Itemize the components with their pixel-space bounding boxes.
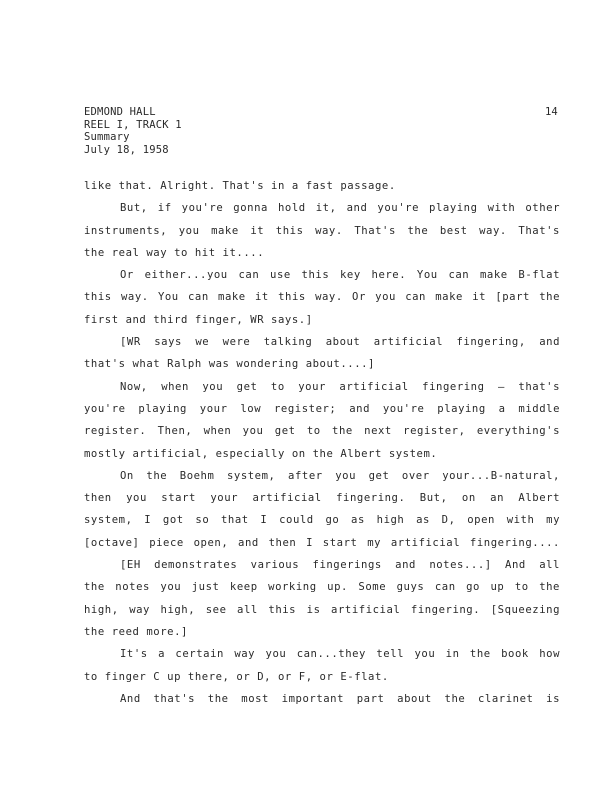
- interviewee-name: EDMOND HALL: [84, 106, 182, 119]
- transcript-line: [EH demonstrates various fingerings and …: [84, 554, 560, 576]
- transcript-line: [WR says we were talking about artificia…: [84, 331, 560, 353]
- transcript-line: Now, when you get to your artificial fin…: [84, 376, 560, 398]
- transcript-line: to finger C up there, or D, or F, or E-f…: [84, 666, 560, 688]
- transcript-line: first and third finger, WR says.]: [84, 309, 560, 331]
- document-header: EDMOND HALL REEL I, TRACK 1 Summary July…: [84, 106, 182, 156]
- transcript-body: like that. Alright. That's in a fast pas…: [84, 175, 560, 710]
- page-number: 14: [545, 106, 558, 118]
- transcript-line: then you start your artificial fingering…: [84, 487, 560, 509]
- transcript-line: the real way to hit it....: [84, 242, 560, 264]
- transcript-line: like that. Alright. That's in a fast pas…: [84, 175, 560, 197]
- interview-date: July 18, 1958: [84, 144, 182, 157]
- transcript-line: you're playing your low register; and yo…: [84, 398, 560, 420]
- transcript-line: the reed more.]: [84, 621, 560, 643]
- transcript-line: that's what Ralph was wondering about...…: [84, 353, 560, 375]
- transcript-line: system, I got so that I could go as high…: [84, 509, 560, 531]
- transcript-line: register. Then, when you get to the next…: [84, 420, 560, 442]
- reel-track: REEL I, TRACK 1: [84, 119, 182, 132]
- transcript-line: But, if you're gonna hold it, and you're…: [84, 197, 560, 219]
- transcript-line: Or either...you can use this key here. Y…: [84, 264, 560, 286]
- transcript-line: mostly artificial, especially on the Alb…: [84, 443, 560, 465]
- transcript-line: instruments, you make it this way. That'…: [84, 220, 560, 242]
- document-type: Summary: [84, 131, 182, 144]
- transcript-line: On the Boehm system, after you get over …: [84, 465, 560, 487]
- transcript-line: [octave] piece open, and then I start my…: [84, 532, 560, 554]
- transcript-line: And that's the most important part about…: [84, 688, 560, 710]
- transcript-line: the notes you just keep working up. Some…: [84, 576, 560, 598]
- transcript-line: this way. You can make it this way. Or y…: [84, 286, 560, 308]
- transcript-line: It's a certain way you can...they tell y…: [84, 643, 560, 665]
- transcript-line: high, way high, see all this is artifici…: [84, 599, 560, 621]
